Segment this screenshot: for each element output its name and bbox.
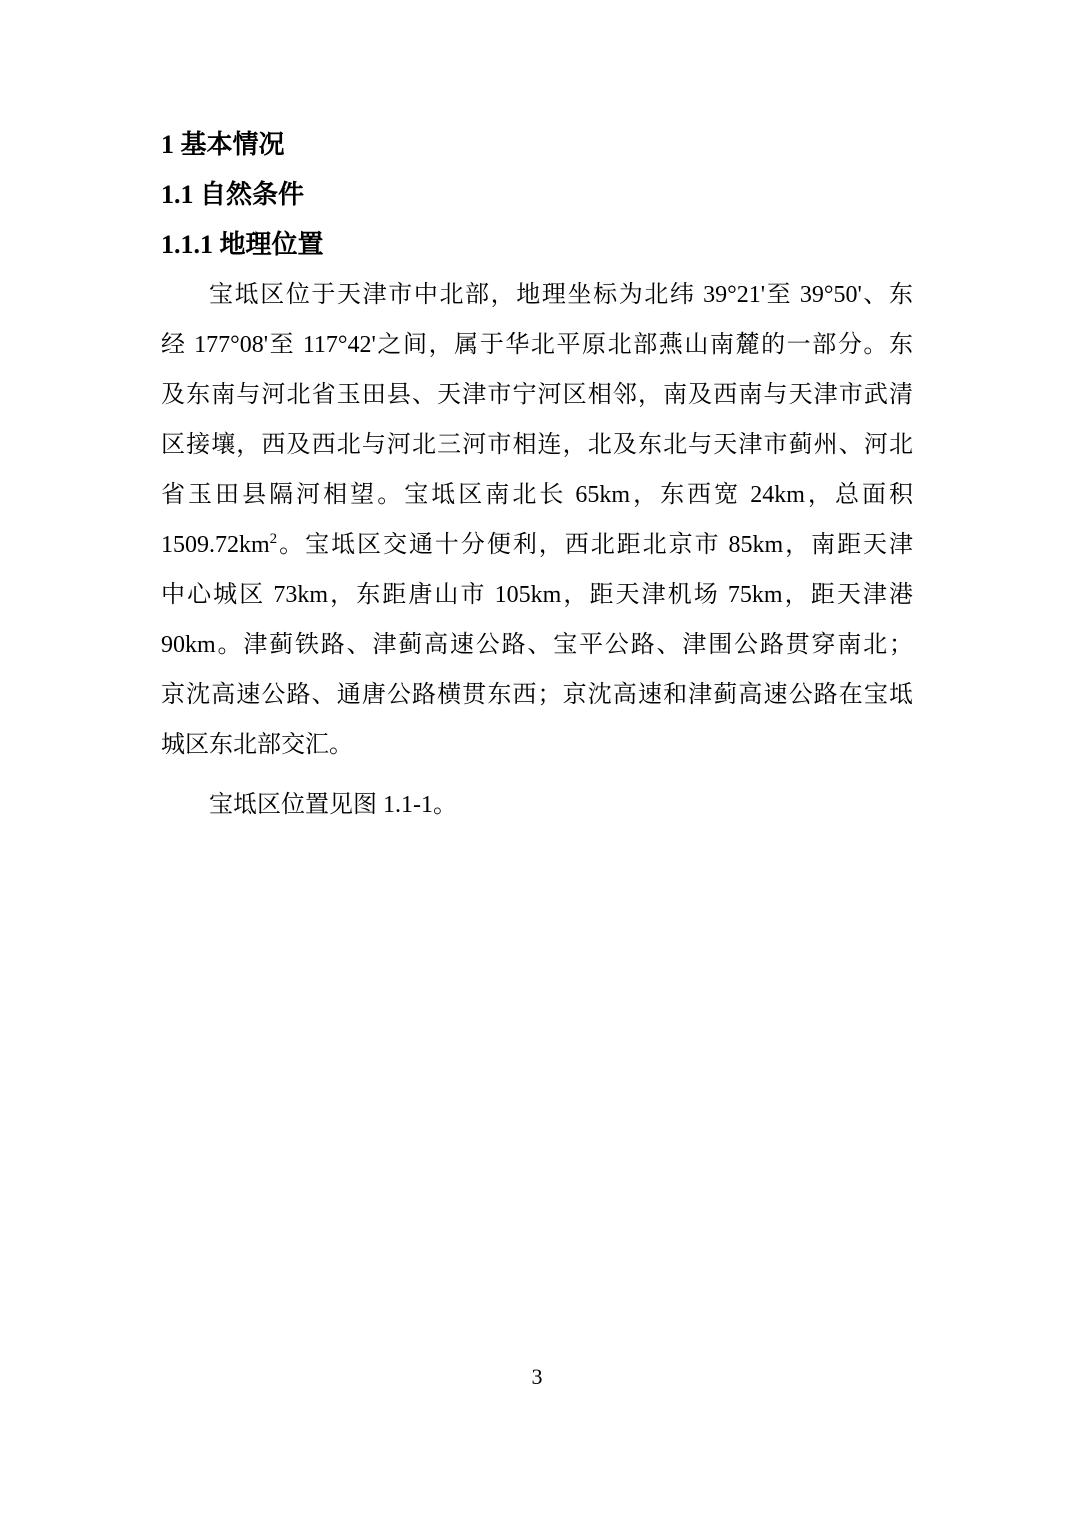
body-line: 90km。津蓟铁路、津蓟高速公路、宝平公路、津围公路贯穿南北； — [161, 620, 913, 670]
body-line: 城区东北部交汇。 — [161, 720, 913, 770]
body-line: 省玉田县隔河相望。宝坻区南北长 65km，东西宽 24km，总面积 — [161, 470, 913, 520]
body-line: 1509.72km2。宝坻区交通十分便利，西北距北京市 85km，南距天津 — [161, 520, 913, 570]
body-line: 经 177°08'至 117°42'之间，属于华北平原北部燕山南麓的一部分。东 — [161, 320, 913, 370]
section-heading-level2: 1.1 自然条件 — [161, 170, 913, 220]
section-heading-level3: 1.1.1 地理位置 — [161, 220, 913, 270]
body-line: 宝坻区位于天津市中北部，地理坐标为北纬 39°21'至 39°50'、东 — [161, 270, 913, 320]
page-number: 3 — [0, 1362, 1074, 1392]
body-line: 中心城区 73km，东距唐山市 105km，距天津机场 75km，距天津港 — [161, 570, 913, 620]
body-line: 及东南与河北省玉田县、天津市宁河区相邻，南及西南与天津市武清 — [161, 370, 913, 420]
body-text: 。宝坻区交通十分便利，西北距北京市 85km，南距天津 — [277, 532, 913, 558]
document-page: 1 基本情况 1.1 自然条件 1.1.1 地理位置 宝坻区位于天津市中北部，地… — [0, 0, 1074, 1520]
body-paragraph: 宝坻区位于天津市中北部，地理坐标为北纬 39°21'至 39°50'、东 经 1… — [161, 270, 913, 770]
figure-reference-paragraph: 宝坻区位置见图 1.1-1。 — [161, 780, 913, 830]
section-heading-level1: 1 基本情况 — [161, 120, 913, 170]
body-text: 1509.72km — [161, 532, 270, 558]
body-line: 区接壤，西及西北与河北三河市相连，北及东北与天津市蓟州、河北 — [161, 420, 913, 470]
body-line: 京沈高速公路、通唐公路横贯东西；京沈高速和津蓟高速公路在宝坻 — [161, 670, 913, 720]
document-content: 1 基本情况 1.1 自然条件 1.1.1 地理位置 宝坻区位于天津市中北部，地… — [161, 120, 913, 830]
